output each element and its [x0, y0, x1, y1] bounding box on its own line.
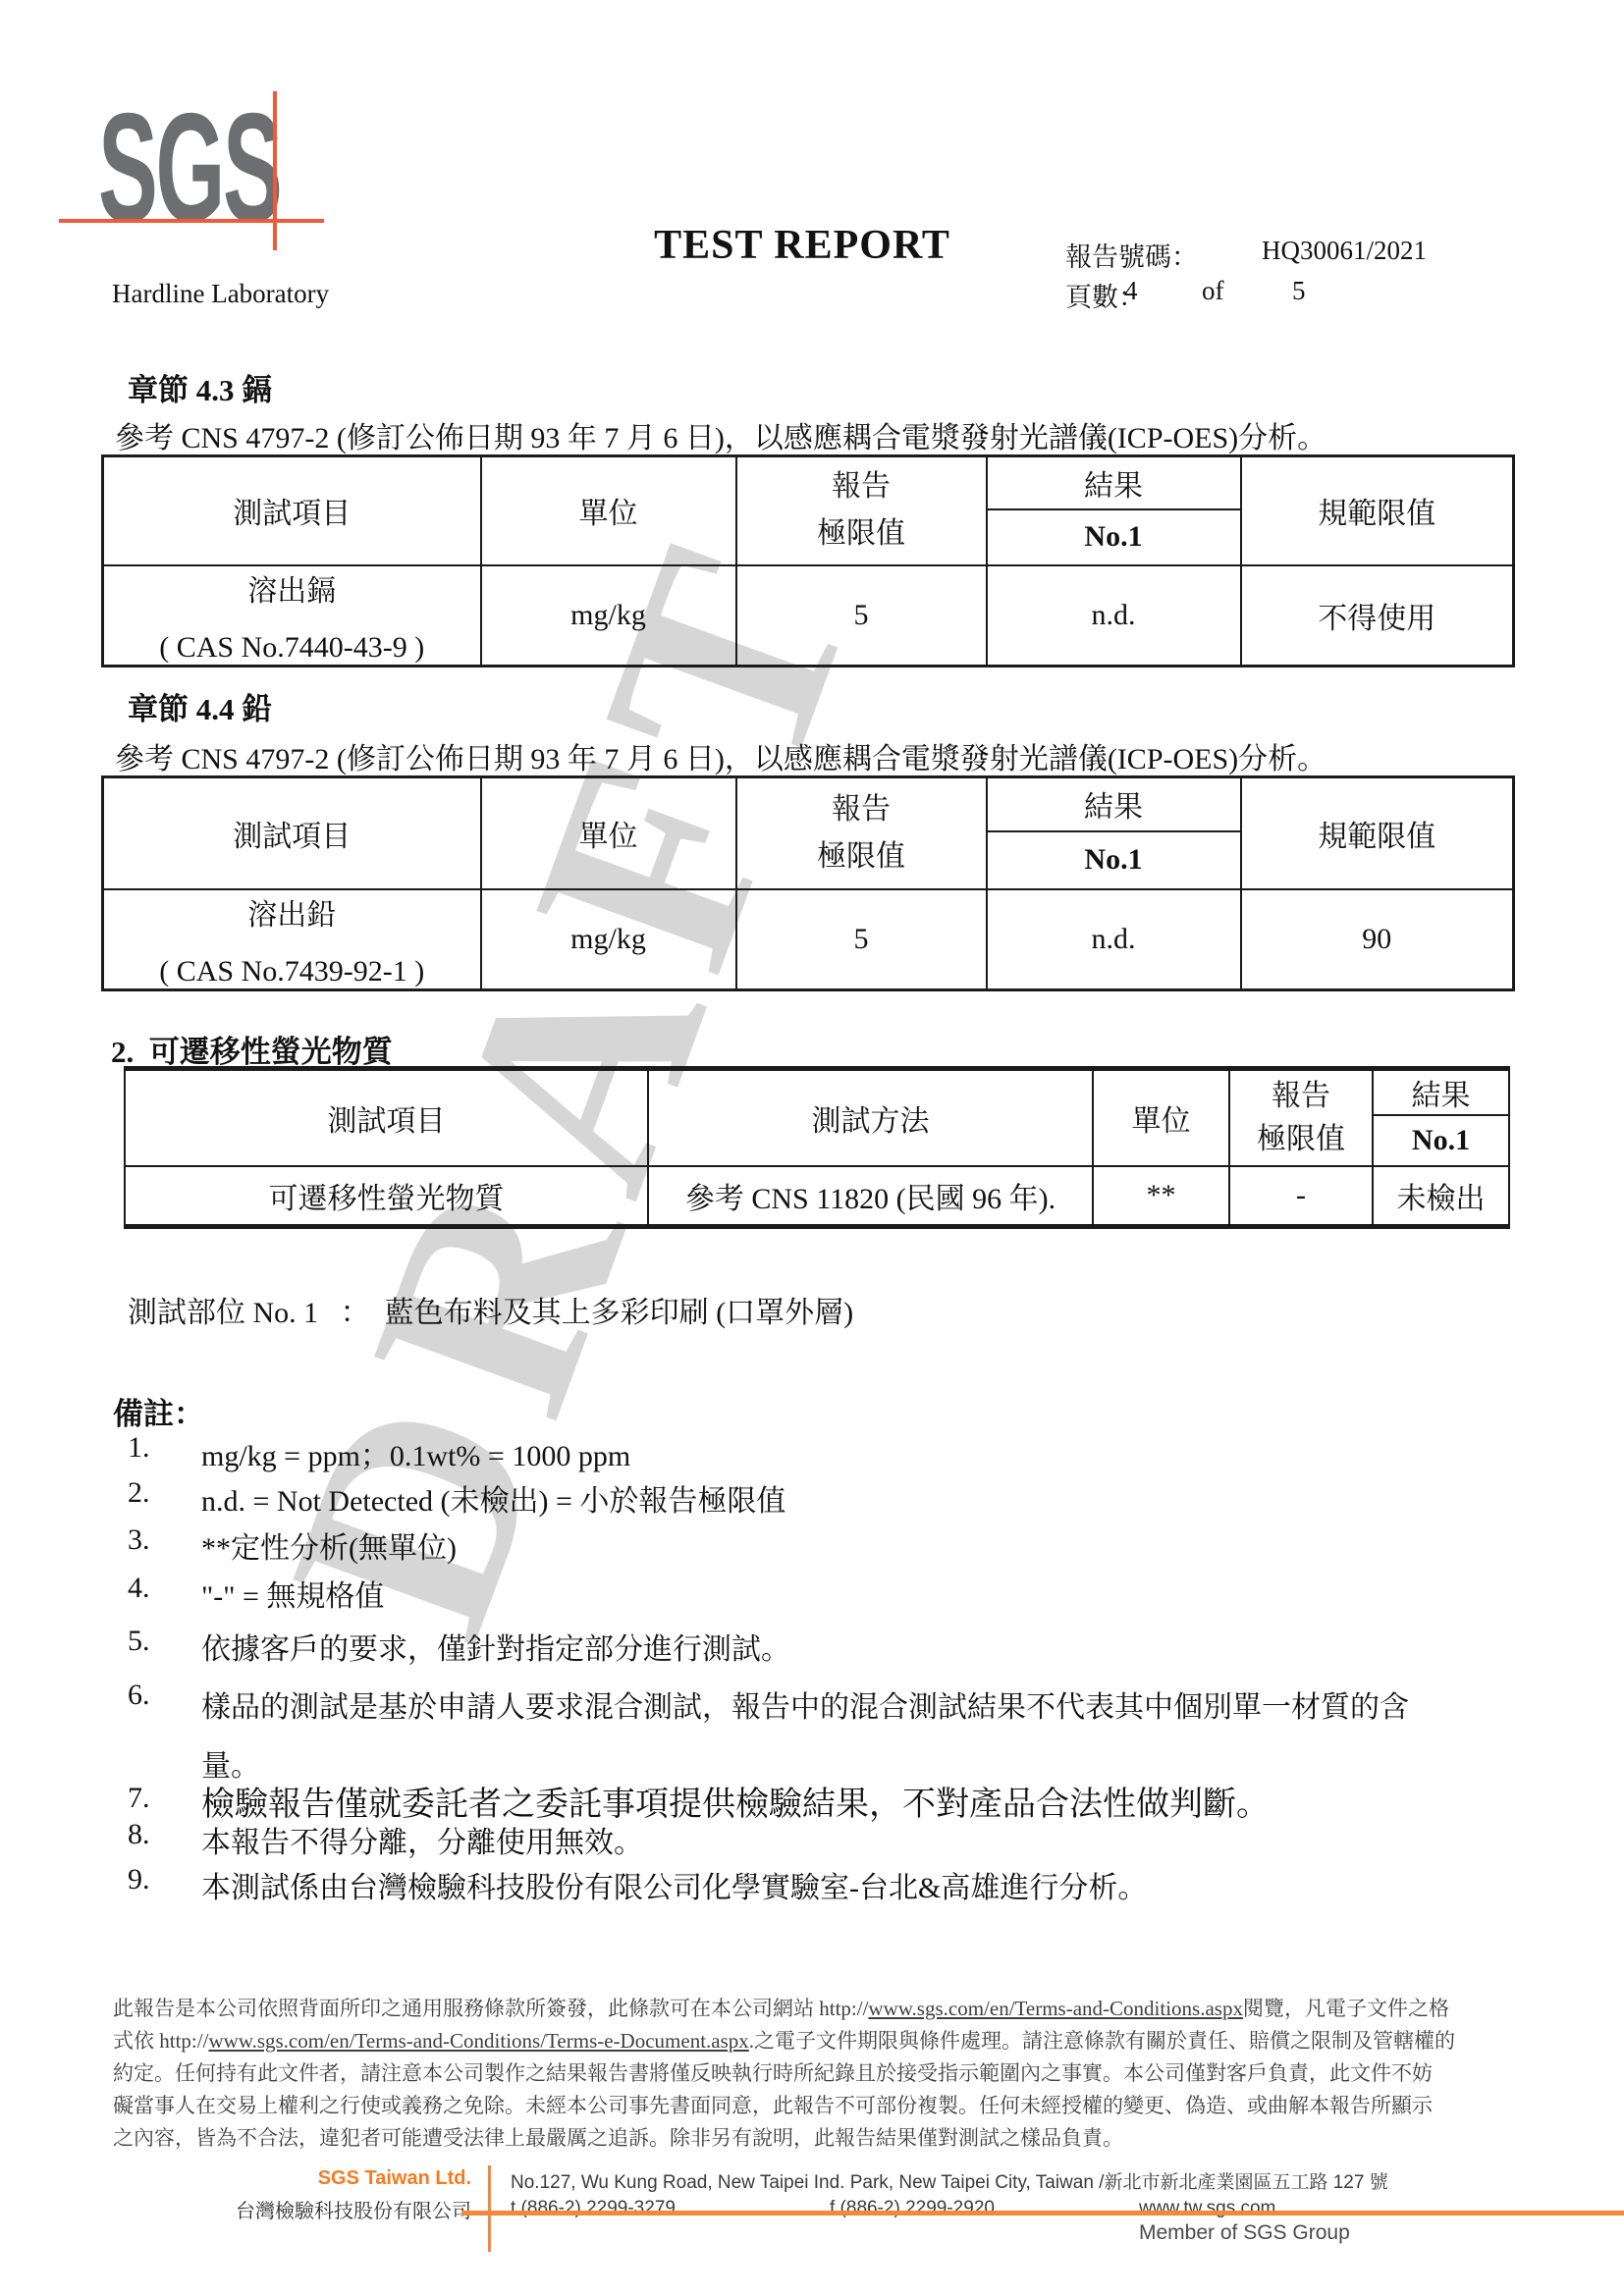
col-header-test-item: 測試項目: [103, 777, 481, 889]
unit-cell: mg/kg: [481, 565, 736, 667]
note-text: n.d. = Not Detected (未檢出) = 小於報告極限值: [201, 1476, 785, 1520]
col-header-reporting-limit: 報告 極限值: [736, 456, 987, 565]
reporting-limit-line1: 報告: [737, 786, 986, 833]
item-cas: ( CAS No.7439-92-1 ): [104, 955, 480, 988]
terms-conditions-link[interactable]: www.sgs.com/en/Terms-and-Conditions.aspx: [868, 1997, 1243, 2020]
note-text: 依據客戶的要求，僅針對指定部分進行測試。: [201, 1625, 790, 1668]
reporting-limit-line1: 報告: [737, 463, 986, 510]
tested-part-colon: ：: [341, 1297, 370, 1329]
limit-cell: 5: [736, 889, 987, 990]
disclaimer-text: 閱覽，凡電子文件之格: [1243, 1997, 1449, 2020]
reporting-limit-line1: 報告: [1230, 1075, 1372, 1118]
col-header-spec-limit: 規範限值: [1241, 456, 1514, 565]
reporting-limit-line2: 極限值: [1230, 1118, 1372, 1161]
spec-cell: 不得使用: [1241, 565, 1514, 667]
limit-cell: 5: [736, 565, 987, 667]
footer-divider-vertical: [488, 2165, 491, 2252]
page-total: 5: [1292, 276, 1306, 306]
reporting-limit-line2: 極限值: [737, 510, 986, 558]
col-header-unit: 單位: [481, 777, 736, 889]
method-cell: 參考 CNS 11820 (民國 96 年).: [648, 1166, 1093, 1226]
section-2-heading: 2. 可遷移性螢光物質: [111, 1027, 393, 1071]
section-4-4-heading: 章節 4.4 鉛: [128, 684, 272, 728]
item-name: 溶出鉛: [104, 890, 480, 934]
col-header-result: 結果: [987, 456, 1241, 509]
test-item-cell: 可遷移性螢光物質: [125, 1166, 648, 1226]
tested-part-label: 測試部位 No. 1: [128, 1297, 318, 1329]
note-number: 3.: [128, 1523, 150, 1557]
footer-company-name-en: SGS Taiwan Ltd.: [196, 2167, 471, 2190]
note-text: "-" = 無規格值: [201, 1572, 384, 1615]
col-header-unit: 單位: [481, 456, 736, 565]
report-no-value: HQ30061/2021: [1262, 236, 1427, 266]
test-item-cell: 溶出鎘 ( CAS No.7440-43-9 ): [103, 565, 481, 667]
section-4-3-method: 參考 CNS 4797-2 (修訂公佈日期 93 年 7 月 6 日)，以感應耦…: [115, 413, 1326, 456]
footer-fax: f (886-2) 2299-2920: [830, 2198, 995, 2219]
note-number: 2.: [128, 1476, 150, 1510]
footer-tel: t (886-2) 2299-3279: [511, 2198, 676, 2219]
footer-member-text: Member of SGS Group: [1139, 2221, 1350, 2245]
col-header-no1: No.1: [987, 509, 1241, 565]
note-text: mg/kg = ppm；0.1wt% = 1000 ppm: [201, 1431, 630, 1474]
test-item-cell: 溶出鉛 ( CAS No.7439-92-1 ): [103, 889, 481, 990]
note-number: 7.: [128, 1782, 150, 1815]
tested-part-line: 測試部位 No. 1 ： 藍色布料及其上多彩印刷 (口罩外層): [128, 1288, 853, 1331]
footer-company-name-zh: 台灣檢驗科技股份有限公司: [196, 2195, 471, 2223]
note-number: 4.: [128, 1572, 150, 1605]
disclaimer-text: 式依 http://: [113, 2029, 208, 2053]
result-cell: n.d.: [987, 889, 1241, 990]
section-4-3-heading: 章節 4.3 鎘: [128, 365, 272, 409]
reporting-limit-line2: 極限值: [737, 833, 986, 881]
tested-part-value: 藍色布料及其上多彩印刷 (口罩外層): [385, 1297, 853, 1329]
lead-result-table: 測試項目 單位 報告 極限值 結果 規範限值 No.1 溶出鉛 ( CAS No…: [101, 775, 1515, 991]
disclaimer-text: 此報告是本公司依照背面所印之通用服務條款所簽發，此條款可在本公司網站 http:…: [113, 1997, 868, 2020]
disclaimer-line-1: 此報告是本公司依照背面所印之通用服務條款所簽發，此條款可在本公司網站 http:…: [113, 1993, 1449, 2025]
footer-address: No.127, Wu Kung Road, New Taipei Ind. Pa…: [511, 2167, 1388, 2194]
test-report-page: DRAFT SGS Hardline Laboratory TEST REPOR…: [0, 0, 1624, 2296]
section-2-number: 2.: [111, 1035, 134, 1069]
disclaimer-line-5: 之內容，皆為不合法，違犯者可能遭受法律上最嚴厲之追訴。除非另有說明，此報告結果僅…: [113, 2122, 1123, 2155]
cadmium-result-table: 測試項目 單位 報告 極限值 結果 規範限值 No.1 溶出鎘 ( CAS No…: [101, 454, 1515, 667]
item-cas: ( CAS No.7440-43-9 ): [104, 631, 480, 665]
col-header-test-item: 測試項目: [125, 1069, 648, 1167]
spec-cell: 90: [1241, 889, 1514, 990]
col-header-spec-limit: 規範限值: [1241, 777, 1514, 889]
disclaimer-line-4: 礙當事人在交易上權利之行使或義務之免除。未經本公司事先書面同意，此報告不可部份複…: [113, 2090, 1433, 2122]
disclaimer-text: .之電子文件期限與條件處理。請注意條款有關於責任、賠償之限制及管轄權的: [749, 2029, 1455, 2053]
page-of: of: [1202, 276, 1224, 306]
note-text: 本報告不得分離，分離使用無效。: [201, 1818, 643, 1861]
col-header-no1: No.1: [1373, 1115, 1509, 1166]
col-header-result: 結果: [987, 777, 1241, 831]
unit-cell: **: [1093, 1166, 1229, 1226]
disclaimer-line-2: 式依 http://www.sgs.com/en/Terms-and-Condi…: [113, 2025, 1455, 2057]
page-current: 4: [1124, 276, 1138, 306]
limit-cell: -: [1229, 1166, 1373, 1226]
lab-name: Hardline Laboratory: [112, 279, 329, 309]
col-header-test-item: 測試項目: [103, 456, 481, 565]
notes-title: 備註：: [113, 1389, 204, 1433]
terms-e-document-link[interactable]: www.sgs.com/en/Terms-and-Conditions/Term…: [208, 2029, 748, 2053]
note-number: 5.: [128, 1625, 150, 1658]
footer-website-link[interactable]: www.tw.sgs.com: [1139, 2198, 1275, 2219]
result-cell: 未檢出: [1373, 1166, 1509, 1226]
col-header-reporting-limit: 報告 極限值: [1229, 1069, 1373, 1167]
note-text: 本測試係由台灣檢驗科技股份有限公司化學實驗室-台北&高雄進行分析。: [201, 1863, 1147, 1906]
fluorescent-substance-table: 測試項目 測試方法 單位 報告 極限值 結果 No.1 可遷移性螢光物質 參考 …: [124, 1066, 1510, 1229]
col-header-unit: 單位: [1093, 1069, 1229, 1167]
section-2-title: 可遷移性螢光物質: [149, 1035, 393, 1069]
item-name: 溶出鎘: [104, 566, 480, 610]
col-header-result: 結果: [1373, 1069, 1509, 1116]
note-text: **定性分析(無單位): [201, 1523, 457, 1567]
note-number: 9.: [128, 1863, 150, 1896]
section-4-4-method: 參考 CNS 4797-2 (修訂公佈日期 93 年 7 月 6 日)，以感應耦…: [115, 734, 1326, 777]
col-header-reporting-limit: 報告 極限值: [736, 777, 987, 889]
unit-cell: mg/kg: [481, 889, 736, 990]
col-header-test-method: 測試方法: [648, 1069, 1093, 1167]
report-no-label: 報告號碼：: [1065, 236, 1198, 274]
footer-divider-horizontal: [461, 2211, 1624, 2216]
note-number: 8.: [128, 1818, 150, 1851]
disclaimer-line-3: 約定。任何持有此文件者，請注意本公司製作之結果報告書將僅反映執行時所紀錄且於接受…: [113, 2057, 1433, 2090]
note-number: 6.: [128, 1679, 150, 1712]
col-header-no1: No.1: [987, 831, 1241, 889]
result-cell: n.d.: [987, 565, 1241, 667]
note-number: 1.: [128, 1431, 150, 1465]
